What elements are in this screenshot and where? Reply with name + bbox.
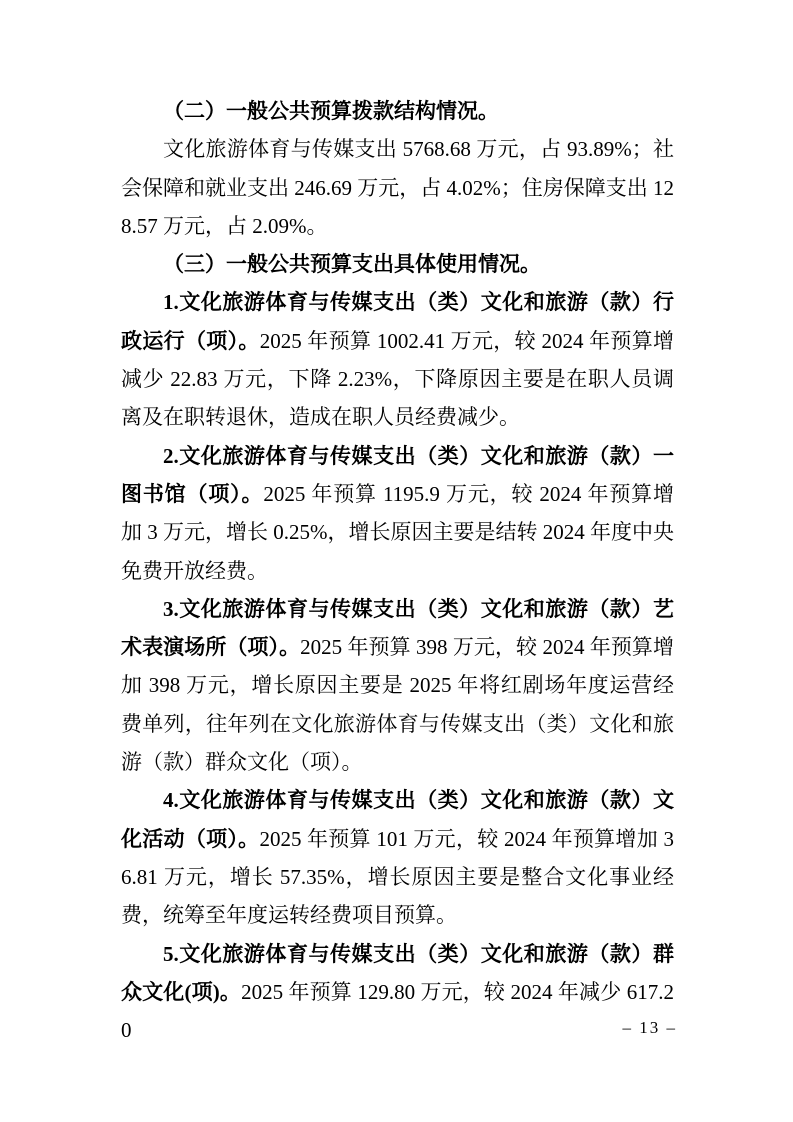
budget-item-3: 3.文化旅游体育与传媒支出（类）文化和旅游（款）艺术表演场所（项）。2025 年… (121, 590, 674, 781)
document-page: （二）一般公共预算拨款结构情况。 文化旅游体育与传媒支出 5768.68 万元，… (0, 0, 793, 1122)
budget-item-2: 2.文化旅游体育与传媒支出（类）文化和旅游（款）一图书馆（项）。2025 年预算… (121, 437, 674, 590)
document-body: （二）一般公共预算拨款结构情况。 文化旅游体育与传媒支出 5768.68 万元，… (121, 92, 674, 1049)
section-heading-allocation-structure: （二）一般公共预算拨款结构情况。 (121, 92, 674, 130)
budget-item-1: 1.文化旅游体育与传媒支出（类）文化和旅游（款）行政运行（项）。2025 年预算… (121, 283, 674, 436)
page-number: – 13 – (623, 1015, 678, 1041)
section-heading-expenditure-usage: （三）一般公共预算支出具体使用情况。 (121, 245, 674, 283)
budget-item-5: 5.文化旅游体育与传媒支出（类）文化和旅游（款）群众文化(项)。2025 年预算… (121, 935, 674, 1050)
budget-item-4: 4.文化旅游体育与传媒支出（类）文化和旅游（款）文化活动（项）。2025 年预算… (121, 781, 674, 934)
paragraph-allocation-structure: 文化旅游体育与传媒支出 5768.68 万元，占 93.89%；社会保障和就业支… (121, 130, 674, 245)
